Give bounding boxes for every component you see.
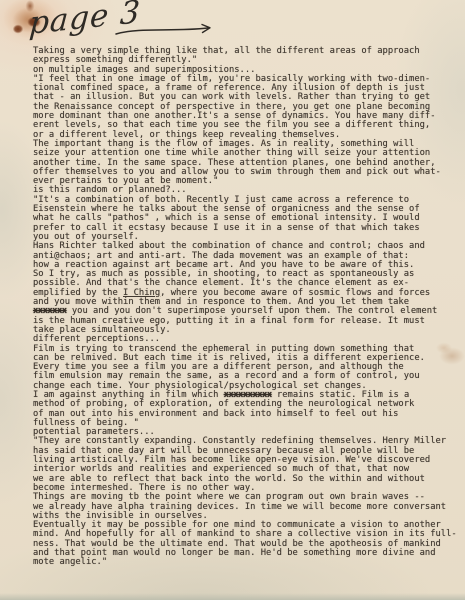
typewritten-text-block: Taking a very simple thing like that, al… (33, 47, 457, 568)
handwritten-arrow-icon (114, 23, 220, 39)
text-run: you and you don't superimpose yourself u… (67, 306, 438, 316)
page-bottom-edge (0, 593, 465, 600)
scanned-typewritten-page: page 3 Taking a very simple thing like t… (0, 0, 465, 600)
strike-text: xxxxxxx (33, 306, 67, 316)
typewritten-line: mote angelic." (33, 558, 457, 567)
